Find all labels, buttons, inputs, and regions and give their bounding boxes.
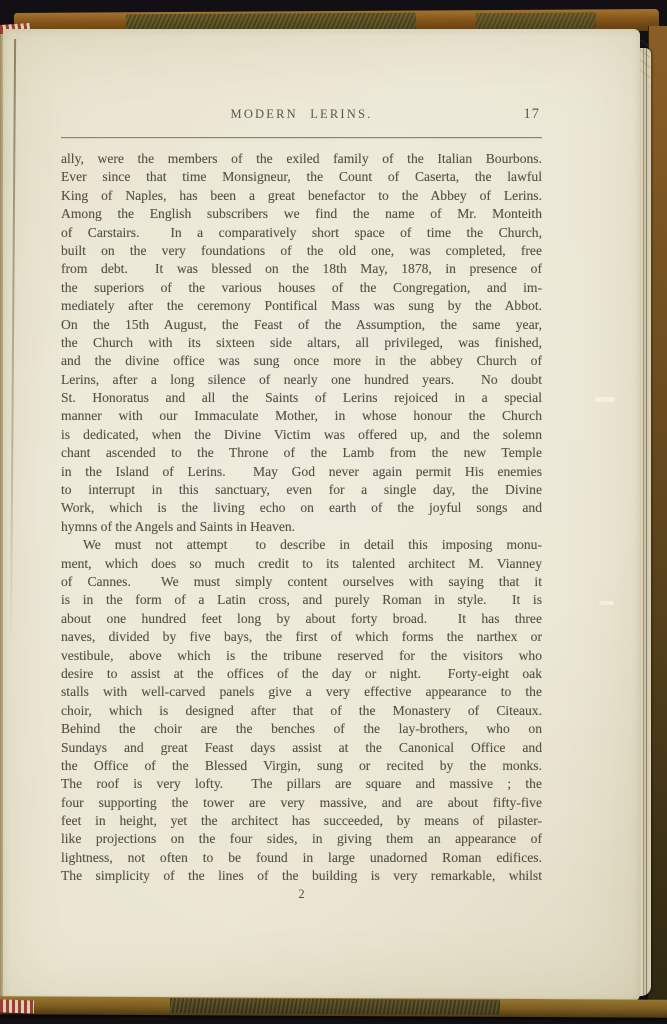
signature-mark: 2 (61, 887, 542, 902)
text-line: like projections on the four sides, in g… (61, 830, 542, 848)
paragraph: We must not attempt to describe in detai… (61, 536, 542, 885)
headband-bottom (0, 999, 34, 1013)
gutter-crease (10, 39, 16, 649)
text-line: hymns of the Angels and Saints in Heaven… (61, 518, 542, 536)
text-line: Sundays and great Feast days assist at t… (61, 739, 542, 757)
text-line: the Church with its sixteen side altars,… (61, 334, 542, 352)
text-line: about one hundred feet long by about for… (61, 610, 542, 628)
text-line: is dedicated, when the Divine Victim was… (61, 426, 542, 444)
text-line: chant ascended to the Throne of the Lamb… (61, 444, 542, 462)
text-line: ally, were the members of the exiled fam… (61, 150, 542, 168)
text-line: mediately after the ceremony Pontifical … (61, 297, 542, 315)
text-line: is in the form of a Latin cross, and pur… (61, 591, 542, 609)
text-line: from debt. It was blessed on the 18th Ma… (61, 260, 542, 278)
header-rule (61, 137, 542, 138)
page-body: ally, were the members of the exiled fam… (61, 150, 542, 886)
text-line: choir, which is designed after that of t… (61, 702, 542, 720)
text-line: ment, which does so much credit to its t… (61, 555, 542, 573)
page-number: 17 (524, 106, 541, 123)
text-line: to interrupt in this sanctuary, even for… (61, 481, 542, 499)
text-line: stalls with well-carved panels give a ve… (61, 683, 542, 701)
text-line: Behind the choir are the benches of the … (61, 720, 542, 738)
page-header: MODERN LERINS. 17 (61, 107, 542, 129)
book-page: MODERN LERINS. 17 ally, were the members… (3, 29, 640, 1002)
text-line: lightness, not often to be found in larg… (61, 849, 542, 867)
bottom-cover-dark-leather-segment (170, 998, 500, 1015)
text-line: the superiors of the various houses of t… (61, 279, 542, 297)
text-line: St. Honoratus and all the Saints of Leri… (61, 389, 542, 407)
running-title: MODERN LERINS. (61, 107, 542, 122)
scanned-book-photo: MODERN LERINS. 17 ally, were the members… (0, 0, 667, 1024)
text-line: in the Island of Lerins. May God never a… (61, 463, 542, 481)
book-bottom-cover-edge (0, 996, 667, 1017)
text-line: of Carstairs. In a comparatively short s… (61, 224, 542, 242)
text-line: naves, divided by five bays, the first o… (61, 628, 542, 646)
text-line: Work, which is the living echo on earth … (61, 499, 542, 517)
text-line: of Cannes. We must simply content oursel… (61, 573, 542, 591)
text-line: The simplicity of the lines of the build… (61, 867, 542, 885)
text-line: desire to assist at the offices of the d… (61, 665, 542, 683)
text-line: vestibule, above which is the tribune re… (61, 647, 542, 665)
paragraph: ally, were the members of the exiled fam… (61, 150, 542, 536)
paper-flaw-mark (595, 397, 615, 402)
text-line: the Office of the Blessed Virgin, sung o… (61, 757, 542, 775)
text-line: Lerins, after a long silence of nearly o… (61, 371, 542, 389)
paper-flaw-mark-2 (599, 601, 614, 605)
text-line: The roof is very lofty. The pillars are … (61, 775, 542, 793)
text-line: Ever since that time Monsigneur, the Cou… (61, 168, 542, 186)
text-line: built on the very foundations of the old… (61, 242, 542, 260)
text-line: We must not attempt to describe in detai… (61, 536, 542, 554)
text-line: feet in height, yet the architect has su… (61, 812, 542, 830)
text-line: King of Naples, has been a great benefac… (61, 187, 542, 205)
text-line: Among the English subscribers we find th… (61, 205, 542, 223)
text-line: manner with our Immaculate Mother, in wh… (61, 407, 542, 425)
text-line: and the divine office was sung once more… (61, 352, 542, 370)
text-line: On the 15th August, the Feast of the Ass… (61, 316, 542, 334)
text-line: four supporting the tower are very massi… (61, 794, 542, 812)
top-cover-dark-leather-segment-2 (476, 12, 596, 29)
